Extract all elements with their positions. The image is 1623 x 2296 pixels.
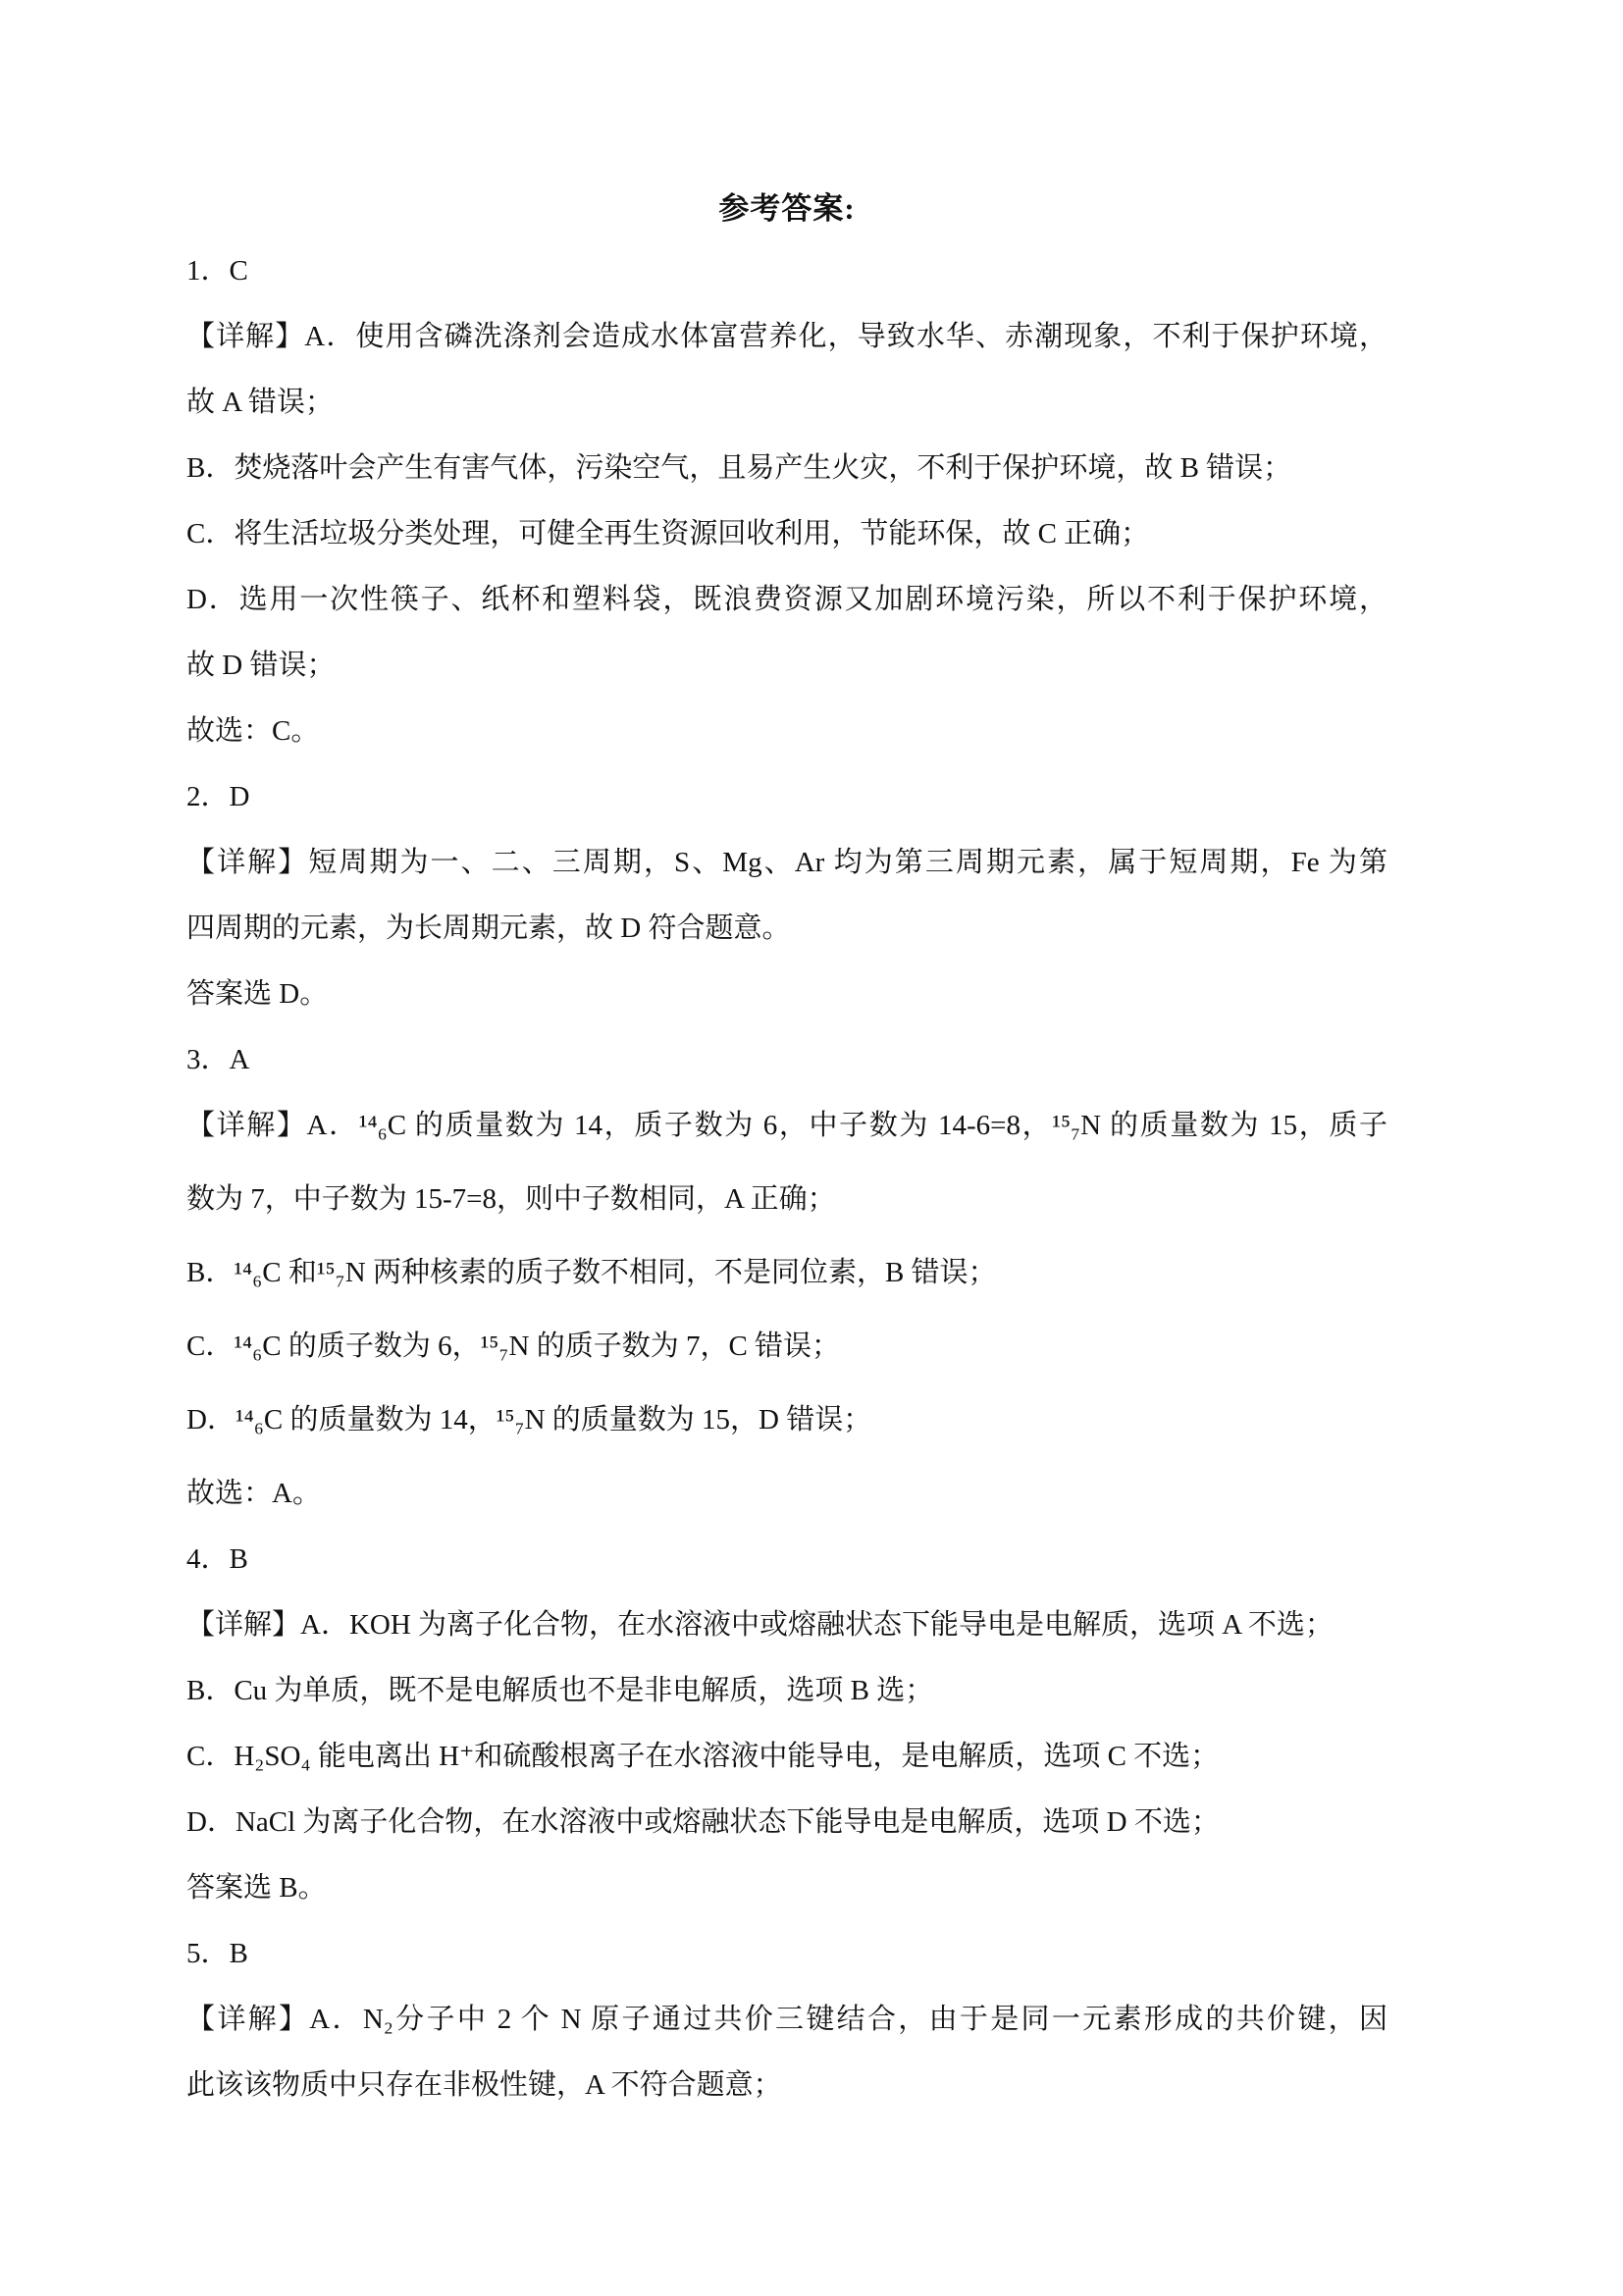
q3-detail-a-cont: 数为 7，中子数为 15-7=8，则中子数相同，A 正确； [186, 1183, 1387, 1215]
q4-conclusion: 答案选 B。 [186, 1872, 1387, 1904]
q3-conclusion: 故选：A。 [186, 1478, 1387, 1509]
q3-detail-b: B．¹⁴₆C 和¹⁵₇N 两种核素的质子数不相同，不是同位素，B 错误； [186, 1257, 1387, 1288]
q1-detail-b: B．焚烧落叶会产生有害气体，污染空气，且易产生火灾，不利于保护环境，故 B 错误… [186, 452, 1387, 484]
q3-detail-c: C．¹⁴₆C 的质子数为 6，¹⁵₇N 的质子数为 7，C 错误； [186, 1331, 1387, 1362]
q3-detail-d: D．¹⁴₆C 的质量数为 14，¹⁵₇N 的质量数为 15，D 错误； [186, 1404, 1387, 1435]
q4-detail-c: C．H₂SO₄ 能电离出 H⁺和硫酸根离子在水溶液中能导电，是电解质，选项 C … [186, 1741, 1387, 1772]
q5-answer: 5．B [186, 1938, 1387, 1969]
page-title: 参考答案: [186, 192, 1387, 226]
q1-detail-c: C．将生活垃圾分类处理，可健全再生资源回收利用，节能环保，故 C 正确； [186, 518, 1387, 549]
document-page: 参考答案: 1．C【详解】A．使用含磷洗涤剂会造成水体富营养化，导致水华、赤潮现… [0, 0, 1623, 2296]
q2-detail: 【详解】短周期为一、二、三周期，S、Mg、Ar 均为第三周期元素，属于短周期，F… [186, 847, 1387, 878]
q1-conclusion: 故选：C。 [186, 715, 1387, 747]
q1-detail-a-cont: 故 A 错误； [186, 387, 1387, 418]
document-body: 1．C【详解】A．使用含磷洗涤剂会造成水体富营养化，导致水华、赤潮现象，不利于保… [186, 255, 1387, 2101]
q1-detail-d: D．选用一次性筷子、纸杯和塑料袋，既浪费资源又加剧环境污染，所以不利于保护环境， [186, 584, 1387, 615]
q2-answer: 2．D [186, 781, 1387, 812]
q3-detail-a: 【详解】A．¹⁴₆C 的质量数为 14，质子数为 6，中子数为 14-6=8，¹… [186, 1110, 1387, 1141]
q4-detail-d: D．NaCl 为离子化合物，在水溶液中或熔融状态下能导电是电解质，选项 D 不选… [186, 1806, 1387, 1838]
q1-detail-a: 【详解】A．使用含磷洗涤剂会造成水体富营养化，导致水华、赤潮现象，不利于保护环境… [186, 321, 1387, 352]
q4-answer: 4．B [186, 1543, 1387, 1575]
q1-answer: 1．C [186, 255, 1387, 287]
q5-detail-a-cont: 此该该物质中只存在非极性键，A 不符合题意； [186, 2069, 1387, 2101]
q2-detail-cont: 四周期的元素，为长周期元素，故 D 符合题意。 [186, 913, 1387, 944]
q1-detail-d-cont: 故 D 错误； [186, 650, 1387, 681]
q4-detail-b: B．Cu 为单质，既不是电解质也不是非电解质，选项 B 选； [186, 1675, 1387, 1706]
q2-conclusion: 答案选 D。 [186, 978, 1387, 1010]
q5-detail-a: 【详解】A．N₂分子中 2 个 N 原子通过共价三键结合，由于是同一元素形成的共… [186, 2004, 1387, 2035]
q3-answer: 3．A [186, 1044, 1387, 1075]
q4-detail-a: 【详解】A．KOH 为离子化合物，在水溶液中或熔融状态下能导电是电解质，选项 A… [186, 1609, 1387, 1641]
